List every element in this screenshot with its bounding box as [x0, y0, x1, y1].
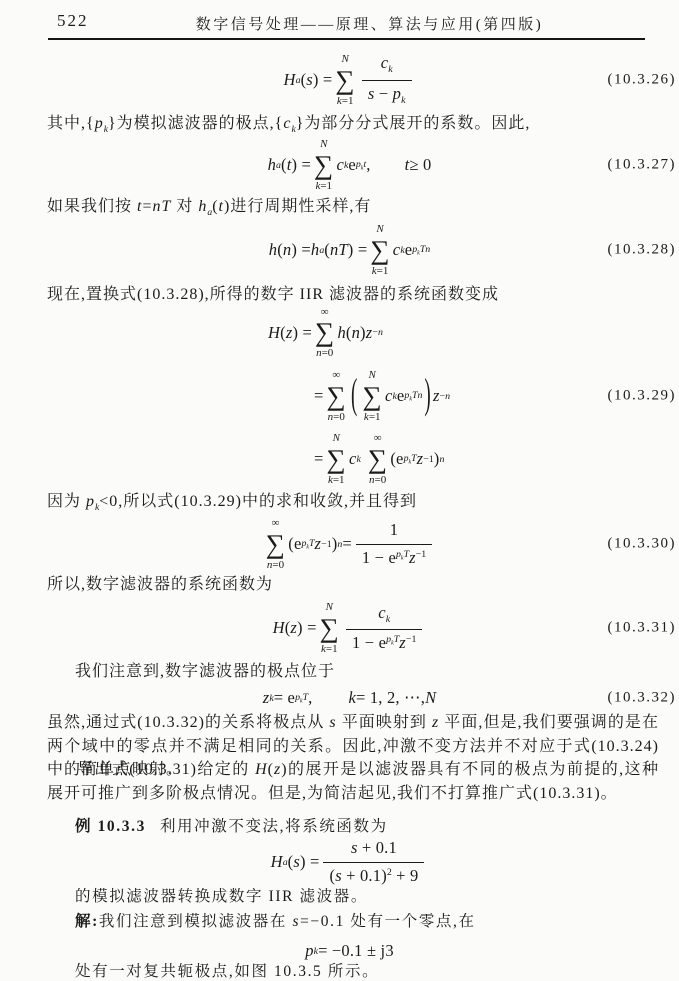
- summation-symbol: N∑k=1: [314, 138, 333, 192]
- superscript: −1: [321, 539, 332, 550]
- text-run: ) =: [291, 240, 311, 260]
- math-italic: h: [269, 240, 277, 260]
- equation-body: Ha(s) = s + 0.1(s + 0.1)2 + 9: [60, 837, 639, 887]
- math-italic: nT: [330, 240, 348, 260]
- header-rule: [48, 38, 645, 40]
- math-italic: s: [306, 70, 313, 90]
- sum-upper-limit: ∞: [374, 432, 382, 445]
- text-run: ∞: [374, 432, 382, 444]
- text-run: + 0.1): [342, 866, 387, 885]
- summation-symbol: ∞∑n=0: [368, 432, 387, 486]
- text-run: 虽然,通过式(10.3.32)的关系将极点从: [47, 714, 329, 731]
- text-run: ) =: [292, 323, 312, 343]
- fraction: s + 0.1(s + 0.1)2 + 9: [323, 838, 424, 886]
- math-italic: h: [337, 323, 345, 343]
- equation-line: Ha(s) = s + 0.1(s + 0.1)2 + 9: [271, 838, 429, 886]
- text-run: 如果我们按: [47, 198, 137, 215]
- text-run: =0: [322, 347, 334, 359]
- fraction-numerator: 1: [356, 520, 432, 545]
- fraction: 11 − epkTz−1: [356, 520, 432, 568]
- summation-symbol: N∑k=1: [363, 369, 382, 423]
- fraction-numerator: ck: [362, 53, 412, 80]
- subscript: k: [386, 613, 390, 624]
- sum-upper-limit: N: [333, 432, 340, 445]
- sigma-glyph: ∑: [368, 445, 387, 474]
- equation-number: (10.3.28): [608, 242, 677, 259]
- text-run: (e: [390, 449, 403, 469]
- math-italic: h: [268, 155, 276, 175]
- text-run: ) =: [348, 240, 368, 260]
- superscript: pkt: [356, 159, 366, 171]
- text-run: =1: [333, 474, 345, 486]
- equation-10-3-29: H(z) = ∞∑n=0h(n)z−n= ∞∑n=0(N∑k=1ckepkTn)…: [0, 312, 679, 480]
- sum-upper-limit: ∞: [332, 369, 340, 382]
- sum-lower-limit: k=1: [321, 643, 338, 656]
- summation-symbol: N∑k=1: [370, 223, 389, 277]
- sigma-glyph: ∑: [266, 530, 285, 559]
- math-italic: k: [357, 454, 361, 465]
- equation-10-3-27: ha(t) = N∑k=1ckepkt,t ≥ 0(10.3.27): [0, 136, 679, 194]
- math-italic: s: [351, 838, 358, 857]
- math-italic: Tn: [420, 244, 430, 255]
- text-run: =0: [272, 559, 284, 571]
- superscript: pkTn: [404, 390, 422, 402]
- math-italic: z: [433, 386, 440, 406]
- text-run: ) =: [297, 618, 317, 638]
- sum-lower-limit: n=0: [316, 347, 333, 360]
- text-run: 平面映射到: [337, 714, 432, 731]
- superscript: pkT: [396, 549, 409, 560]
- text-run: =: [314, 449, 324, 469]
- fraction-denominator: 1 − epkTz−1: [356, 545, 432, 569]
- sigma-glyph: ∑: [327, 382, 346, 411]
- equation-body: ∞∑n=0(epkTz−1)n = 11 − epkTz−1: [60, 514, 639, 574]
- superscript: pkT: [404, 453, 417, 465]
- text-run: =1: [326, 643, 338, 655]
- superscript: −n: [440, 391, 451, 402]
- math-italic: n: [439, 454, 444, 465]
- text-run: 对: [171, 198, 198, 215]
- math-italic: n: [378, 327, 383, 338]
- math-italic: N: [326, 601, 333, 613]
- math-italic: s: [335, 866, 342, 885]
- math-italic: N: [333, 432, 340, 444]
- math-italic: s: [329, 714, 336, 731]
- superscript: pkT: [301, 538, 314, 550]
- bold-label: 例 10.3.3: [75, 818, 146, 835]
- equation-number: (10.3.27): [608, 157, 677, 174]
- sum-lower-limit: k=1: [315, 180, 332, 193]
- equation-example-ha: Ha(s) = s + 0.1(s + 0.1)2 + 9: [0, 837, 679, 887]
- math-italic: s: [293, 852, 300, 872]
- text-run: =: [142, 198, 152, 215]
- math-italic: H: [273, 618, 285, 638]
- big-parenthesis: ): [424, 371, 431, 421]
- text-run: )进行周期性采样,有: [224, 198, 371, 215]
- summation-symbol: N∑k=1: [320, 601, 339, 655]
- fraction-denominator: (s + 0.1)2 + 9: [323, 863, 424, 887]
- math-italic: p: [305, 941, 313, 961]
- text-run: + 9: [392, 866, 419, 885]
- equation-number: (10.3.32): [608, 690, 677, 707]
- equation-line: ha(t) = N∑k=1ckepkt,t ≥ 0: [268, 138, 432, 192]
- math-italic: N: [320, 138, 327, 150]
- equation-body: H(z) = N∑k=1ck1 − epkTz−1: [60, 597, 639, 659]
- math-italic: c: [385, 386, 393, 406]
- equation-line: ∞∑n=0(epkTz−1)n = 11 − epkTz−1: [263, 517, 436, 571]
- equation-line: = ∞∑n=0(N∑k=1ckepkTn)z−n: [268, 369, 450, 423]
- sum-upper-limit: N: [320, 138, 327, 151]
- sigma-glyph: ∑: [314, 151, 333, 180]
- equation-number: (10.3.31): [608, 620, 677, 637]
- text-run: =1: [369, 411, 381, 423]
- summation-symbol: ∞∑n=0: [315, 306, 334, 360]
- math-italic: N: [369, 369, 376, 381]
- superscript: −1: [423, 454, 434, 465]
- sum-lower-limit: n=0: [328, 411, 345, 424]
- text-run: 的模拟滤波器转换成数字 IIR 滤波器。: [75, 888, 368, 905]
- equation-line: Ha(s) = N∑k=1cks − pk: [284, 53, 416, 107]
- text-run: }为部分分式展开的系数。因此,: [296, 115, 531, 132]
- text-run: ,: [366, 155, 370, 175]
- math-italic: s: [368, 84, 375, 103]
- text-run: (e: [288, 534, 301, 554]
- equation-line: pk = −0.1 ± j3: [305, 941, 394, 961]
- math-italic: Tn: [412, 390, 422, 401]
- sum-upper-limit: N: [369, 369, 376, 382]
- math-italic: k: [386, 613, 390, 624]
- text-run: 1 − e: [362, 548, 396, 567]
- paragraph-sampling: 如果我们按 t=nT 对 ha(t)进行周期性采样,有: [47, 195, 659, 224]
- fraction-numerator: ck: [346, 603, 422, 630]
- equation-10-3-28: h(n) = ha(nT) = N∑k=1ckepkTn(10.3.28): [0, 221, 679, 279]
- equation-body: H(z) = ∞∑n=0h(n)z−n= ∞∑n=0(N∑k=1ckepkTn)…: [268, 312, 450, 480]
- equation-number: (10.3.29): [608, 388, 677, 405]
- math-italic: c: [378, 603, 386, 622]
- text-run: ≥ 0: [409, 155, 431, 175]
- big-parenthesis: (: [351, 371, 358, 421]
- sum-lower-limit: n=0: [267, 559, 284, 572]
- sigma-glyph: ∑: [335, 66, 354, 95]
- sigma-glyph: ∑: [363, 382, 382, 411]
- equation-10-3-30: ∞∑n=0(epkTz−1)n = 11 − epkTz−1(10.3.30): [0, 514, 679, 574]
- equation-line: zk = epkT,k = 1, 2, ⋯, N: [263, 688, 437, 708]
- text-run: =−0.1 处有一个零点,在: [300, 913, 476, 930]
- fraction: cks − pk: [362, 53, 412, 107]
- subscript: k: [388, 64, 392, 75]
- sum-upper-limit: N: [341, 53, 348, 66]
- equation-number: (10.3.26): [608, 72, 677, 89]
- math-italic: h: [311, 240, 319, 260]
- text-run: =0: [333, 411, 345, 423]
- math-italic: p: [95, 115, 104, 132]
- superscript: pkT: [295, 692, 308, 704]
- equation-body: zk = epkT,k = 1, 2, ⋯, N: [60, 682, 639, 714]
- math-italic: z: [286, 323, 293, 343]
- math-italic: z: [409, 548, 416, 567]
- summation-symbol: N∑k=1: [335, 53, 354, 107]
- paragraph-example-convert: 的模拟滤波器转换成数字 IIR 滤波器。: [75, 885, 659, 909]
- math-italic: k: [348, 688, 356, 708]
- page-number: 522: [57, 11, 89, 31]
- text-run: =1: [377, 265, 389, 277]
- text-run: =: [314, 386, 324, 406]
- superscript: −1: [416, 549, 427, 560]
- equation-line: = N∑k=1ck∞∑n=0(epkTz−1)n: [268, 432, 444, 486]
- paragraph-system-function: 所以,数字滤波器的系统函数为: [47, 573, 659, 597]
- text-run: 处有一对复共轭极点,如图 10.3.5 所示。: [75, 963, 379, 980]
- math-italic: n: [352, 323, 360, 343]
- equation-body: h(n) = ha(nT) = N∑k=1ckepkTn: [60, 221, 639, 279]
- superscript: pkT: [386, 634, 399, 645]
- text-run: −1: [406, 634, 417, 645]
- sum-upper-limit: N: [376, 223, 383, 236]
- sum-lower-limit: k=1: [372, 265, 389, 278]
- math-italic: H: [271, 852, 283, 872]
- sigma-glyph: ∑: [327, 445, 346, 474]
- text-run: =0: [375, 474, 387, 486]
- math-italic: N: [376, 223, 383, 235]
- math-italic: z: [366, 323, 373, 343]
- equation-10-3-26: Ha(s) = N∑k=1cks − pk(10.3.26): [0, 50, 679, 110]
- text-run: 1 − e: [352, 633, 386, 652]
- text-run: −1: [416, 549, 427, 560]
- sum-lower-limit: k=1: [337, 95, 354, 108]
- text-run: ∞: [332, 369, 340, 381]
- text-run: ∞: [321, 306, 329, 318]
- math-italic: p: [86, 493, 95, 510]
- sum-lower-limit: n=0: [369, 474, 386, 487]
- summation-symbol: ∞∑n=0: [327, 369, 346, 423]
- text-run: −: [375, 84, 393, 103]
- paragraph-conjugate-poles: 处有一对复共轭极点,如图 10.3.5 所示。: [75, 960, 659, 981]
- text-run: }为模拟滤波器的极点,{: [108, 115, 283, 132]
- summation-symbol: N∑k=1: [327, 432, 346, 486]
- superscript: −1: [406, 634, 417, 645]
- text-run: ) =: [313, 70, 333, 90]
- math-italic: H: [268, 323, 280, 343]
- summation-symbol: ∞∑n=0: [266, 517, 285, 571]
- text-run: <0,所以式(10.3.29)中的求和收敛,并且得到: [99, 493, 417, 510]
- sum-lower-limit: k=1: [328, 474, 345, 487]
- math-italic: k: [401, 94, 405, 105]
- fraction-denominator: s − pk: [362, 81, 412, 107]
- text-run: =: [342, 534, 352, 554]
- math-italic: N: [341, 53, 348, 65]
- text-run: 导出式(10.3.31)给定的: [77, 761, 255, 778]
- text-run: −1: [423, 454, 434, 465]
- math-italic: n: [445, 391, 450, 402]
- math-italic: c: [349, 449, 357, 469]
- paragraph-poles-located: 我们注意到,数字滤波器的极点位于: [47, 660, 659, 684]
- equation-number: (10.3.30): [608, 536, 677, 553]
- sum-upper-limit: ∞: [272, 517, 280, 530]
- text-run: = e: [274, 688, 295, 708]
- math-italic: z: [315, 534, 322, 554]
- text-run: ∞: [272, 517, 280, 529]
- paragraph-example-heading: 例 10.3.3利用冲激不变法,将系统函数为: [75, 815, 659, 839]
- superscript: n: [439, 454, 444, 465]
- math-italic: H: [284, 70, 296, 90]
- fraction: ck1 − epkTz−1: [346, 603, 422, 654]
- math-italic: z: [263, 688, 270, 708]
- text-run: = 1, 2, ⋯,: [356, 688, 425, 708]
- paragraph-substitute: 现在,置换式(10.3.28),所得的数字 IIR 滤波器的系统函数变成: [47, 283, 659, 307]
- subscript: k: [357, 454, 361, 465]
- equation-10-3-32: zk = epkT,k = 1, 2, ⋯, N(10.3.32): [0, 682, 679, 714]
- superscript: pkTn: [412, 244, 430, 256]
- textbook-page: 522 数字信号处理——原理、算法与应用(第四版) Ha(s) = N∑k=1c…: [0, 0, 679, 981]
- text-run: ) =: [291, 155, 311, 175]
- text-run: −1: [321, 539, 332, 550]
- math-italic: c: [393, 240, 401, 260]
- superscript: −n: [372, 327, 383, 338]
- text-run: 我们注意到,数字滤波器的极点位于: [75, 663, 335, 680]
- text-run: + 0.1: [358, 838, 397, 857]
- text-run: ) =: [300, 852, 320, 872]
- text-run: 利用冲激不变法,将系统函数为: [160, 818, 388, 835]
- text-run: 其中,{: [47, 115, 95, 132]
- equation-line: H(z) = N∑k=1ck1 − epkTz−1: [273, 601, 427, 655]
- math-italic: H: [255, 761, 268, 778]
- math-italic: p: [393, 84, 401, 103]
- paragraph-solution: 解:我们注意到模拟滤波器在 s=−0.1 处有一个零点,在: [75, 910, 659, 934]
- sum-lower-limit: k=1: [364, 411, 381, 424]
- text-run: 1: [390, 520, 398, 539]
- math-italic: z: [290, 618, 297, 638]
- subscript: k: [401, 94, 405, 105]
- text-run: 现在,置换式(10.3.28),所得的数字 IIR 滤波器的系统函数变成: [47, 286, 499, 303]
- text-run: ,: [308, 688, 312, 708]
- sum-upper-limit: N: [326, 601, 333, 614]
- math-italic: s: [292, 913, 300, 930]
- text-run: e: [348, 155, 356, 175]
- math-italic: z: [417, 449, 424, 469]
- sigma-glyph: ∑: [320, 614, 339, 643]
- sigma-glyph: ∑: [370, 236, 389, 265]
- text-run: =1: [320, 180, 332, 192]
- paragraph-expansion: 导出式(10.3.31)给定的 H(z)的展开是以滤波器具有不同的极点为前提的,…: [47, 758, 659, 805]
- equation-body: ha(t) = N∑k=1ckepkt,t ≥ 0: [60, 136, 639, 194]
- math-italic: nT: [153, 198, 172, 215]
- header-title: 数字信号处理——原理、算法与应用(第四版): [120, 13, 619, 34]
- math-italic: z: [399, 633, 406, 652]
- text-run: 因为: [47, 493, 86, 510]
- equation-body: Ha(s) = N∑k=1cks − pk: [60, 50, 639, 110]
- math-italic: N: [425, 688, 436, 708]
- bold-label: 解:: [75, 913, 99, 930]
- text-run: = −0.1 ± j3: [318, 941, 394, 961]
- text-run: 我们注意到模拟滤波器在: [99, 913, 293, 930]
- math-italic: k: [388, 64, 392, 75]
- sigma-glyph: ∑: [315, 318, 334, 347]
- equation-10-3-31: H(z) = N∑k=1ck1 − epkTz−1(10.3.31): [0, 597, 679, 659]
- text-run: =1: [342, 95, 354, 107]
- math-italic: c: [336, 155, 344, 175]
- math-italic: n: [283, 240, 291, 260]
- fraction-denominator: 1 − epkTz−1: [346, 630, 422, 654]
- equation-line: H(z) = ∞∑n=0h(n)z−n: [268, 306, 383, 360]
- text-run: 所以,数字滤波器的系统函数为: [47, 576, 273, 593]
- fraction-numerator: s + 0.1: [323, 838, 424, 863]
- equation-line: h(n) = ha(nT) = N∑k=1ckepkTn: [269, 223, 431, 277]
